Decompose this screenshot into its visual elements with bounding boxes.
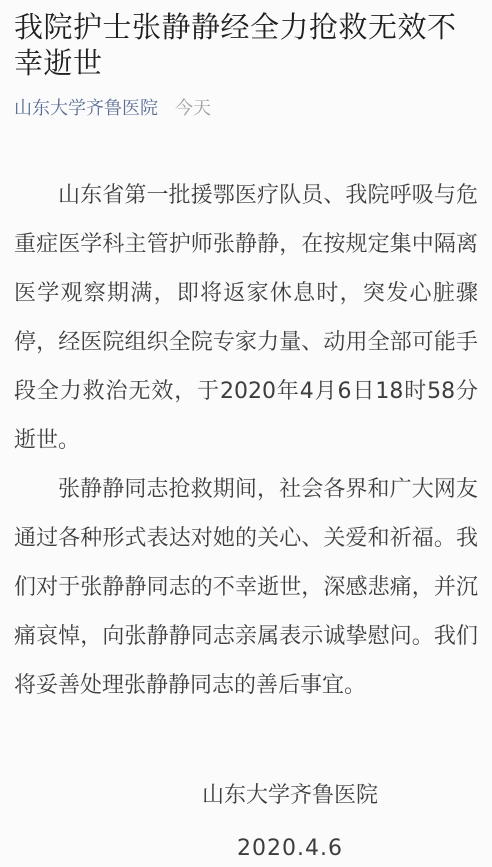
byline: 山东大学齐鲁医院 今天: [14, 96, 478, 121]
signature-date: 2020.4.6: [88, 824, 492, 867]
article-container: 我院护士张静静经全力抢救无效不幸逝世 山东大学齐鲁医院 今天 山东省第一批援鄂医…: [0, 0, 492, 710]
article-footer: 山东大学齐鲁医院 2020.4.6: [0, 771, 492, 867]
paragraph: 张静静同志抢救期间，社会各界和广大网友通过各种形式表达对她的关心、关爱和祈福。我…: [14, 465, 478, 710]
account-link[interactable]: 山东大学齐鲁医院: [14, 96, 158, 121]
article-title: 我院护士张静静经全力抢救无效不幸逝世: [14, 0, 478, 81]
article-body: 山东省第一批援鄂医疗队员、我院呼吸与危重症医学科主管护师张静静，在按规定集中隔离…: [14, 171, 478, 710]
article-page: { "colors": { "background": "#fbfbfb", "…: [0, 0, 492, 867]
paragraph: 山东省第一批援鄂医疗队员、我院呼吸与危重症医学科主管护师张静静，在按规定集中隔离…: [14, 171, 478, 465]
publish-date-label: 今天: [175, 96, 211, 121]
signature-name: 山东大学齐鲁医院: [88, 771, 492, 820]
